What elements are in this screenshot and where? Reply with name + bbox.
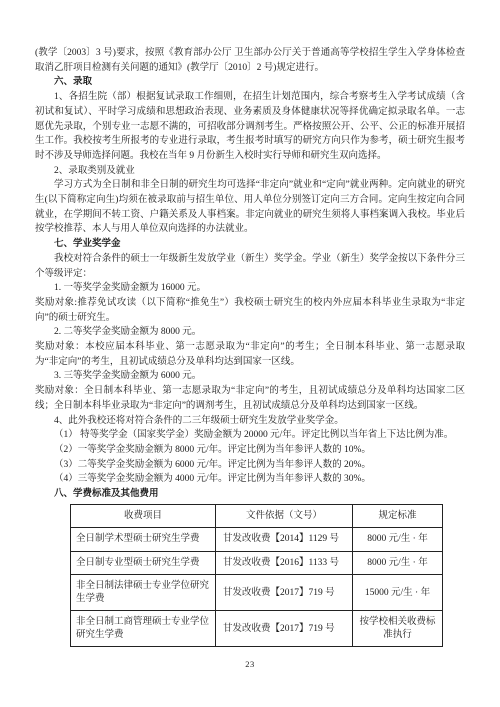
fee-standard-cell: 8000 元/生 · 年 [353, 528, 443, 552]
fee-basis-cell: 甘发改收费【2017】719 号 [216, 575, 353, 611]
fee-item-cell: 非全日制工商管理硕士专业学位研究生学费 [71, 611, 216, 647]
fee-standard-cell: 按学校相关收费标准执行 [353, 611, 443, 647]
section-heading-scholarship: 七、学业奖学金 [35, 237, 465, 252]
fees-table-header-row: 收费项目 文件依据（文号） 规定标准 [71, 504, 443, 528]
table-row: 全日制专业型硕士研究生学费 甘发改收费【2016】1133 号 8000 元/生… [71, 551, 443, 575]
scholarship-subitem-3: （3）二等奖学金奖励金额为 6000 元/年。评定比例为当年参评人数的 20%。 [35, 458, 465, 473]
scholarship-item-3: 3. 三等奖学金奖励金额为 6000 元。 [35, 369, 465, 384]
fee-item-cell: 全日制学术型硕士研究生学费 [71, 528, 216, 552]
page-number: 23 [35, 659, 465, 669]
admission-para-2: 学习方式为全日制和非全日制的研究生均可选择“非定向”就业和“定向”就业两种。定向… [35, 178, 465, 237]
scholarship-item-2-target: 奖励对象：本校应届本科毕业、第一志愿录取为“非定向”的考生；全日制本科毕业、第一… [35, 340, 465, 369]
scholarship-subitem-2: （2）一等奖学金奖励金额为 8000 元/年。评定比例为当年参评人数的 10%。 [35, 443, 465, 458]
scholarship-intro: 我校对符合条件的硕士一年级新生发放学业（新生）奖学金。学业（新生）奖学金按以下条… [35, 252, 465, 281]
fee-basis-cell: 甘发改收费【2014】1129 号 [216, 528, 353, 552]
fees-table: 收费项目 文件依据（文号） 规定标准 全日制学术型硕士研究生学费 甘发改收费【2… [70, 504, 443, 648]
scholarship-item-1-target: 奖励对象:推荐免试攻读（以下简称“推免生”）我校硕士研究生的校内外应届本科毕业生… [35, 296, 465, 325]
fees-header-basis: 文件依据（文号） [216, 504, 353, 528]
intro-paragraph: (教学〔2003〕3 号)要求，按照《教育部办公厅 卫生部办公厅关于普通高等学校… [35, 46, 465, 75]
scholarship-item-1: 1. 一等奖学金奖励金额为 16000 元。 [35, 281, 465, 296]
table-row: 非全日制法律硕士专业学位研究生学费 甘发改收费【2017】719 号 15000… [71, 575, 443, 611]
fee-standard-cell: 8000 元/生 · 年 [353, 551, 443, 575]
fee-item-cell: 非全日制法律硕士专业学位研究生学费 [71, 575, 216, 611]
scholarship-subitem-4: （4）三等奖学金奖励金额为 4000 元/年。评定比例为当年参评人数的 30%。 [35, 472, 465, 487]
fee-item-cell: 全日制专业型硕士研究生学费 [71, 551, 216, 575]
scholarship-item-2: 2. 二等奖学金奖励金额为 8000 元。 [35, 325, 465, 340]
section-heading-fees: 八、学费标准及其他费用 [35, 487, 465, 502]
fee-standard-cell: 15000 元/生 · 年 [353, 575, 443, 611]
fee-basis-cell: 甘发改收费【2016】1133 号 [216, 551, 353, 575]
table-row: 非全日制工商管理硕士专业学位研究生学费 甘发改收费【2017】719 号 按学校… [71, 611, 443, 647]
document-page: (教学〔2003〕3 号)要求，按照《教育部办公厅 卫生部办公厅关于普通高等学校… [0, 0, 500, 707]
section-heading-admission: 六、录取 [35, 75, 465, 90]
scholarship-item-4: 4、此外我校还将对符合条件的二三年级硕士研究生发放学业奖学金。 [35, 414, 465, 429]
scholarship-subitem-1: （1） 特等奖学金（国家奖学金）奖励金额为 20000 元/年。评定比例以当年省… [35, 428, 465, 443]
admission-subheading-employment: 2、录取类别及就业 [35, 164, 465, 179]
fees-header-standard: 规定标准 [353, 504, 443, 528]
scholarship-item-3-target: 奖励对象：全日制本科毕业、第一志愿录取为“非定向”的考生，且初试成绩总分及单科均… [35, 384, 465, 413]
fee-basis-cell: 甘发改收费【2017】719 号 [216, 611, 353, 647]
fees-header-item: 收费项目 [71, 504, 216, 528]
table-row: 全日制学术型硕士研究生学费 甘发改收费【2014】1129 号 8000 元/生… [71, 528, 443, 552]
admission-para-1: 1、各招生院（部）根据复试录取工作细则，在招生计划范围内，综合考察考生入学考试成… [35, 90, 465, 164]
